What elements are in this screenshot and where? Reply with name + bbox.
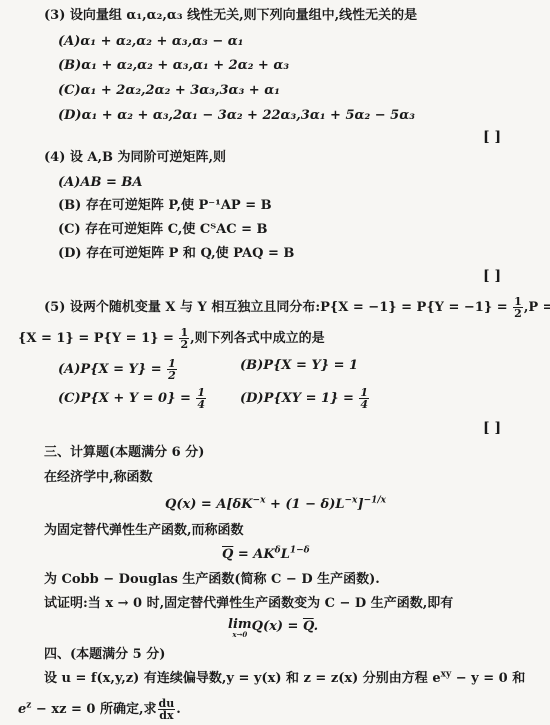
section4-heading: 四、(本题满分 5 分) bbox=[44, 647, 165, 663]
cobb-douglas-formula: Q = AKδL1−δ bbox=[222, 547, 310, 563]
section3-desc1: 为固定替代弹性生产函数,而称函数 bbox=[44, 523, 244, 539]
q5-stem-line1-text: (5) 设两个随机变量 X 与 Y 相互独立且同分布:P{X = −1} = P… bbox=[44, 300, 512, 315]
q4-option-a: (A)AB = BA bbox=[58, 175, 142, 191]
limit-formula: limx→0Q(x) = Q. bbox=[228, 619, 318, 638]
derivative-du-dx: dudx bbox=[158, 698, 176, 721]
q3-option-c: (C)α₁ + 2α₂,2α₂ + 3α₃,3α₃ + α₁ bbox=[58, 83, 280, 99]
q5-stem-line2-text: {X = 1} = P{Y = 1} = bbox=[18, 331, 178, 346]
section4-line2: ez − xz = 0 所确定,求dudx. bbox=[18, 698, 181, 721]
q3-option-b: (B)α₁ + α₂,α₂ + α₃,α₁ + 2α₂ + α₃ bbox=[58, 58, 289, 74]
q5-option-d: (D)P{XY = 1} = 14 bbox=[240, 387, 370, 410]
exam-page: (3) 设向量组 α₁,α₂,α₃ 线性无关,则下列向量组中,线性无关的是 (A… bbox=[0, 0, 550, 725]
q5-answer-bracket: [ ] bbox=[483, 420, 501, 436]
section4-line1: 设 u = f(x,y,z) 有连续偏导数,y = y(x) 和 z = z(x… bbox=[44, 671, 525, 687]
q3-option-d: (D)α₁ + α₂ + α₃,2α₁ − 3α₂ + 22α₃,3α₁ + 5… bbox=[58, 108, 415, 124]
q5-option-b: (B)P{X = Y} = 1 bbox=[240, 358, 358, 374]
section3-heading: 三、计算题(本题满分 6 分) bbox=[44, 445, 204, 461]
q5-stem-line1: (5) 设两个随机变量 X 与 Y 相互独立且同分布:P{X = −1} = P… bbox=[44, 296, 550, 319]
q4-stem: (4) 设 A,B 为同阶可逆矩阵,则 bbox=[44, 150, 226, 166]
q5-option-a: (A)P{X = Y} = 12 bbox=[58, 358, 178, 381]
limit-operator: limx→0 bbox=[228, 619, 252, 638]
fraction-quarter: 14 bbox=[359, 387, 369, 410]
q5-stem-line1-suffix: ,P = bbox=[524, 300, 550, 315]
ces-formula: Q(x) = A[δK−x + (1 − δ)L−x]−1/x bbox=[165, 497, 386, 513]
q5-stem-line2: {X = 1} = P{Y = 1} = 12,则下列各式中成立的是 bbox=[18, 327, 325, 350]
fraction-half: 12 bbox=[513, 296, 523, 319]
q4-option-c: (C) 存在可逆矩阵 C,使 CᵀAC = B bbox=[58, 222, 268, 238]
fraction-half: 12 bbox=[179, 327, 189, 350]
q4-option-d: (D) 存在可逆矩阵 P 和 Q,使 PAQ = B bbox=[58, 246, 294, 262]
q5-option-c: (C)P{X + Y = 0} = 14 bbox=[58, 387, 207, 410]
section3-prove: 试证明:当 x → 0 时,固定替代弹性生产函数变为 C − D 生产函数,即有 bbox=[44, 596, 453, 612]
section3-desc2: 为 Cobb − Douglas 生产函数(简称 C − D 生产函数). bbox=[44, 572, 380, 588]
fraction-quarter: 14 bbox=[196, 387, 206, 410]
q4-option-b: (B) 存在可逆矩阵 P,使 P⁻¹AP = B bbox=[58, 198, 272, 214]
section3-intro: 在经济学中,称函数 bbox=[44, 470, 153, 486]
fraction-half: 12 bbox=[167, 358, 177, 381]
q4-answer-bracket: [ ] bbox=[483, 268, 501, 284]
q3-answer-bracket: [ ] bbox=[483, 129, 501, 145]
q5-stem-line2-suffix: ,则下列各式中成立的是 bbox=[190, 331, 325, 346]
q3-stem: (3) 设向量组 α₁,α₂,α₃ 线性无关,则下列向量组中,线性无关的是 bbox=[44, 8, 417, 24]
q3-option-a: (A)α₁ + α₂,α₂ + α₃,α₃ − α₁ bbox=[58, 34, 243, 50]
